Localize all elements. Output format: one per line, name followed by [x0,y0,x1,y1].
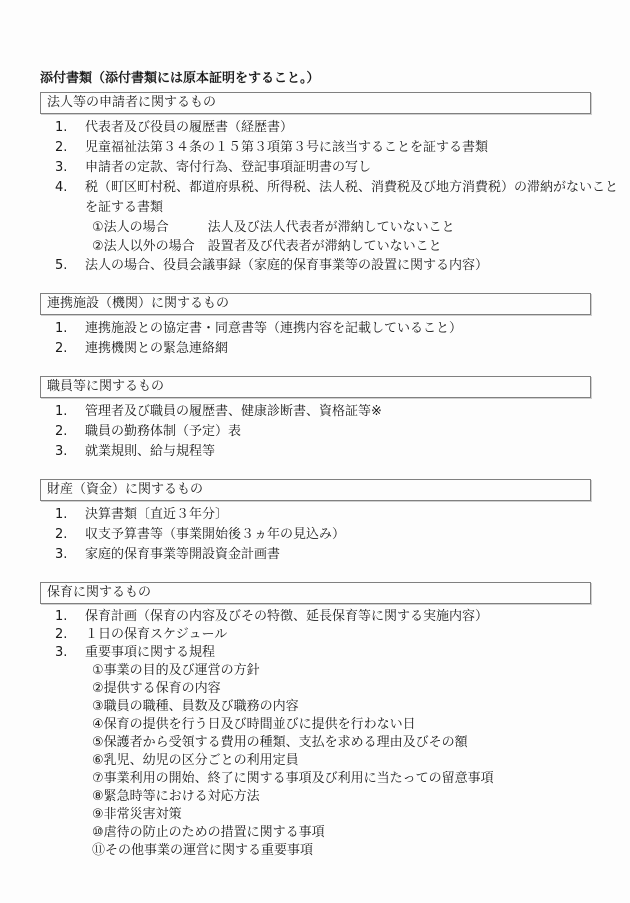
item-number: 3. [40,158,85,178]
item-text: 重要事項に関する規程 [85,644,591,662]
item-number: 4. [40,178,85,198]
section-header: 法人等の申請者に関するもの [40,92,591,114]
item-number: 2. [40,138,85,158]
section-header: 財産（資金）に関するもの [40,479,591,501]
sub-list-item: ⑤保護者から受領する費用の種類、支払を求める理由及びその額 [40,734,591,752]
item-number: 5. [40,256,85,276]
list-item: 3.就業規則、給与規程等 [40,442,591,462]
list-item: 2.連携機関との緊急連絡網 [40,339,591,359]
sub-list-item: ④保育の提供を行う日及び時間並びに提供を行わない日 [40,716,591,734]
list-item: 2.児童福祉法第３４条の１５第３項第３号に該当することを証する書類 [40,138,591,158]
item-text: 代表者及び役員の履歴書（経歴書） [85,118,591,138]
list-item: 1.代表者及び役員の履歴書（経歴書） [40,118,591,138]
list-item: 1.決算書類〔直近３年分〕 [40,505,591,525]
item-list: 1.決算書類〔直近３年分〕2.収支予算書等（事業開始後３ヵ年の見込み）3.家庭的… [40,505,591,565]
item-text: 決算書類〔直近３年分〕 [85,505,591,525]
section-4: 財産（資金）に関するもの1.決算書類〔直近３年分〕2.収支予算書等（事業開始後３… [40,479,591,565]
item-text: 就業規則、給与規程等 [85,442,591,462]
list-item-continuation: を証する書類 [40,198,591,218]
list-item: 2.１日の保育スケジュール [40,626,591,644]
item-text: １日の保育スケジュール [85,626,591,644]
document-content: 添付書類（添付書類には原本証明をすること。） 法人等の申請者に関するもの1.代表… [40,71,591,877]
list-item: 5.法人の場合、役員会議事録（家庭的保育事業等の設置に関する内容） [40,256,591,276]
sub-list-item: ⑧緊急時等における対応方法 [40,788,591,806]
item-text: 申請者の定款、寄付行為、登記事項証明書の写し [85,158,591,178]
list-item: 3.重要事項に関する規程 [40,644,591,662]
item-text: 連携施設との協定書・同意書等（連携内容を記載していること） [85,319,591,339]
item-number [40,198,85,218]
sub-list-item: ⑩虐待の防止のための措置に関する事項 [40,824,591,842]
sub-list-item: ①法人の場合 法人及び法人代表者が滞納していないこと [40,218,591,237]
document-page: 添付書類（添付書類には原本証明をすること。） 法人等の申請者に関するもの1.代表… [0,0,630,903]
sub-list-item: ②法人以外の場合 設置者及び代表者が滞納していないこと [40,237,591,256]
item-text: 家庭的保育事業等開設資金計画書 [85,545,591,565]
item-text: を証する書類 [85,198,591,218]
list-item: 1.管理者及び職員の履歴書、健康診断書、資格証等※ [40,402,591,422]
item-list: 1.管理者及び職員の履歴書、健康診断書、資格証等※2.職員の勤務体制（予定）表3… [40,402,591,462]
item-list: 1.保育計画（保育の内容及びその特徴、延長保育等に関する実施内容）2.１日の保育… [40,608,591,860]
sub-list-item: ③職員の職種、員数及び職務の内容 [40,698,591,716]
section-2: 連携施設（機関）に関するもの1.連携施設との協定書・同意書等（連携内容を記載して… [40,293,591,359]
item-number: 2. [40,422,85,442]
item-text: 児童福祉法第３４条の１５第３項第３号に該当することを証する書類 [85,138,591,158]
sub-list-item: ②提供する保育の内容 [40,680,591,698]
item-number: 1. [40,608,85,626]
item-number: 1. [40,118,85,138]
section-1: 法人等の申請者に関するもの1.代表者及び役員の履歴書（経歴書）2.児童福祉法第３… [40,92,591,276]
list-item: 2.収支予算書等（事業開始後３ヵ年の見込み） [40,525,591,545]
item-text: 収支予算書等（事業開始後３ヵ年の見込み） [85,525,591,545]
list-item: 3.申請者の定款、寄付行為、登記事項証明書の写し [40,158,591,178]
sub-list-item: ⑦事業利用の開始、終了に関する事項及び利用に当たっての留意事項 [40,770,591,788]
item-text: 税（町区町村税、都道府県税、所得税、法人税、消費税及び地方消費税）の滞納がないこ… [85,178,618,198]
item-number: 1. [40,319,85,339]
sub-list-item: ⑥乳児、幼児の区分ごとの利用定員 [40,752,591,770]
item-list: 1.連携施設との協定書・同意書等（連携内容を記載していること）2.連携機関との緊… [40,319,591,359]
item-number: 2. [40,525,85,545]
list-item: 1.連携施設との協定書・同意書等（連携内容を記載していること） [40,319,591,339]
document-title: 添付書類（添付書類には原本証明をすること。） [40,71,591,87]
list-item: 3.家庭的保育事業等開設資金計画書 [40,545,591,565]
sections-container: 法人等の申請者に関するもの1.代表者及び役員の履歴書（経歴書）2.児童福祉法第３… [40,92,591,860]
item-text: 連携機関との緊急連絡網 [85,339,591,359]
section-header: 保育に関するもの [40,582,591,604]
list-item: 4.税（町区町村税、都道府県税、所得税、法人税、消費税及び地方消費税）の滞納がな… [40,178,591,198]
item-list: 1.代表者及び役員の履歴書（経歴書）2.児童福祉法第３４条の１５第３項第３号に該… [40,118,591,276]
section-header: 職員等に関するもの [40,376,591,398]
item-text: 法人の場合、役員会議事録（家庭的保育事業等の設置に関する内容） [85,256,591,276]
item-number: 1. [40,402,85,422]
sub-list-item: ①事業の目的及び運営の方針 [40,662,591,680]
item-number: 2. [40,339,85,359]
sub-list-item: ⑪その他事業の運営に関する重要事項 [40,842,591,860]
sub-list-item: ⑨非常災害対策 [40,806,591,824]
item-number: 3. [40,442,85,462]
item-number: 3. [40,545,85,565]
item-number: 2. [40,626,85,644]
item-number: 1. [40,505,85,525]
list-item: 1.保育計画（保育の内容及びその特徴、延長保育等に関する実施内容） [40,608,591,626]
section-header: 連携施設（機関）に関するもの [40,293,591,315]
item-text: 職員の勤務体制（予定）表 [85,422,591,442]
item-text: 保育計画（保育の内容及びその特徴、延長保育等に関する実施内容） [85,608,591,626]
section-3: 職員等に関するもの1.管理者及び職員の履歴書、健康診断書、資格証等※2.職員の勤… [40,376,591,462]
item-text: 管理者及び職員の履歴書、健康診断書、資格証等※ [85,402,591,422]
list-item: 2.職員の勤務体制（予定）表 [40,422,591,442]
section-5: 保育に関するもの1.保育計画（保育の内容及びその特徴、延長保育等に関する実施内容… [40,582,591,860]
item-number: 3. [40,644,85,662]
